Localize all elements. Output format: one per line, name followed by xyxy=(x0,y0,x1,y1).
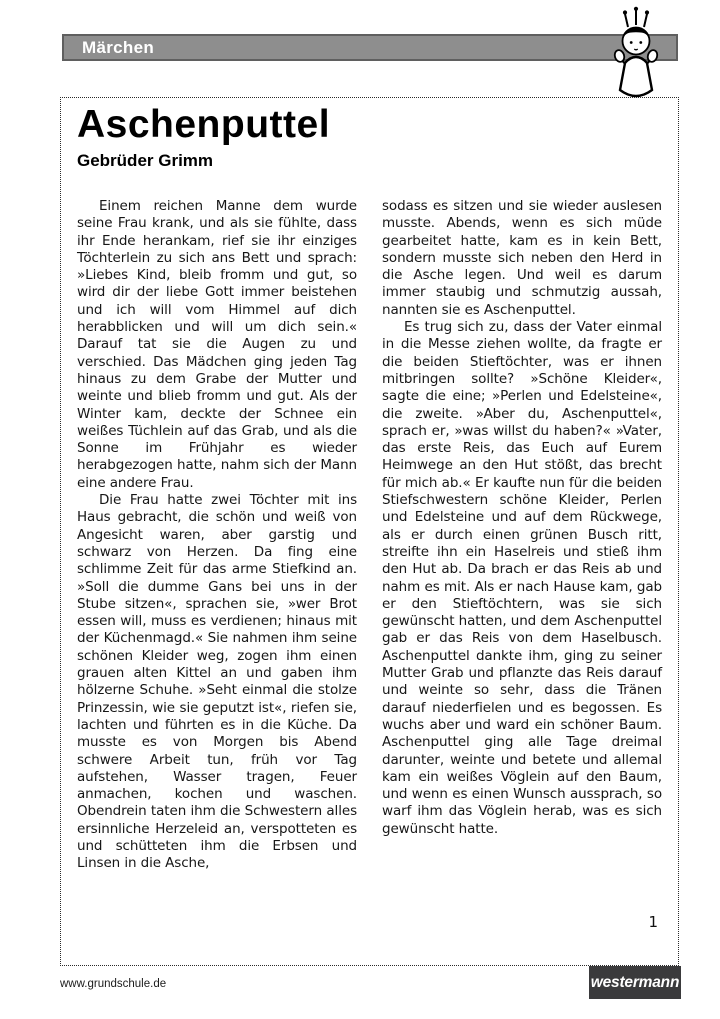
princess-icon xyxy=(608,6,664,100)
author: Gebrüder Grimm xyxy=(77,151,662,171)
story-paragraph: sodass es sitzen und sie wieder auslesen… xyxy=(382,198,662,319)
category-header-bar: Märchen xyxy=(62,34,678,61)
text-column-left: Einem reichen Manne dem wurde seine Frau… xyxy=(77,198,357,873)
text-column-right: sodass es sitzen und sie wieder auslesen… xyxy=(382,198,662,873)
story-paragraph: Die Frau hatte zwei Töchter mit ins Haus… xyxy=(77,492,357,873)
content-box: Aschenputtel Gebrüder Grimm Einem reiche… xyxy=(60,97,679,966)
story-text: Einem reichen Manne dem wurde seine Frau… xyxy=(77,198,662,873)
story-paragraph: Einem reichen Manne dem wurde seine Frau… xyxy=(77,198,357,492)
page-number: 1 xyxy=(648,913,658,931)
publisher-logo-text: westermann xyxy=(591,974,679,992)
footer-url: www.grundschule.de xyxy=(60,978,166,990)
worksheet-page: Märchen A xyxy=(0,0,720,1019)
page-title: Aschenputtel xyxy=(77,104,662,146)
category-label: Märchen xyxy=(64,38,154,58)
publisher-logo: westermann xyxy=(589,966,681,999)
story-paragraph: Es trug sich zu, dass der Vater einmal i… xyxy=(382,319,662,838)
